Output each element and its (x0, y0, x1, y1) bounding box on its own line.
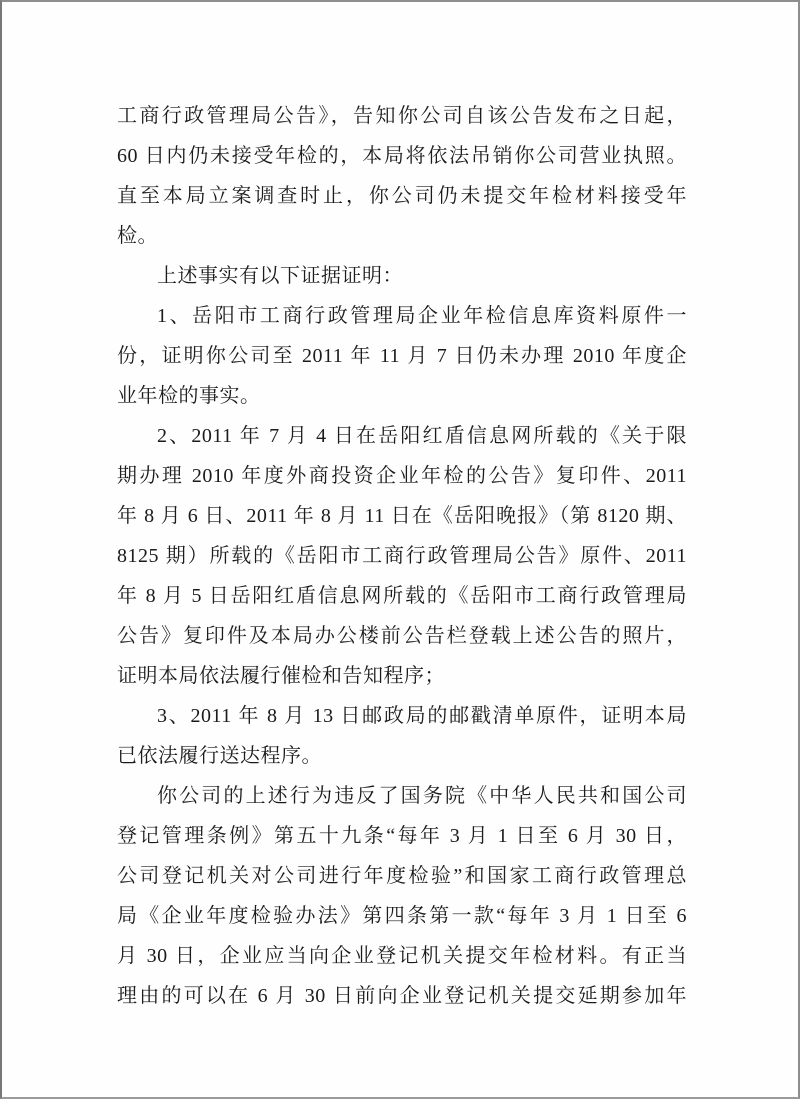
text-line: 直至本局立案调查时止，你公司仍未提交年检材料接受年 (117, 176, 687, 216)
text-line: 3、2011 年 8 月 13 日邮政局的邮戳清单原件，证明本局 (117, 696, 687, 736)
text-line: 8125 期）所载的《岳阳市工商行政管理局公告》原件、2011 (117, 536, 687, 576)
text-line: 已依法履行送达程序。 (117, 736, 687, 776)
text-line: 60 日内仍未接受年检的，本局将依法吊销你公司营业执照。 (117, 136, 687, 176)
text-line: 2、2011 年 7 月 4 日在岳阳红盾信息网所载的《关于限 (117, 416, 687, 456)
scanned-document-page: 工商行政管理局公告》，告知你公司自该公告发布之日起， 60 日内仍未接受年检的，… (0, 0, 800, 1099)
text-line: 年 8 月 5 日岳阳红盾信息网所载的《岳阳市工商行政管理局 (117, 576, 687, 616)
text-line: 登记管理条例》第五十九条“每年 3 月 1 日至 6 月 30 日， (117, 816, 687, 856)
text-line: 月 30 日，企业应当向企业登记机关提交年检材料。有正当 (117, 936, 687, 976)
text-line: 期办理 2010 年度外商投资企业年检的公告》复印件、2011 (117, 456, 687, 496)
text-line: 你公司的上述行为违反了国务院《中华人民共和国公司 (117, 776, 687, 816)
text-line: 公司登记机关对公司进行年度检验”和国家工商行政管理总 (117, 856, 687, 896)
text-line: 1、岳阳市工商行政管理局企业年检信息库资料原件一 (117, 296, 687, 336)
text-line: 上述事实有以下证据证明： (117, 256, 687, 296)
text-line: 检。 (117, 216, 687, 256)
text-line: 公告》复印件及本局办公楼前公告栏登载上述公告的照片， (117, 616, 687, 656)
document-body: 工商行政管理局公告》，告知你公司自该公告发布之日起， 60 日内仍未接受年检的，… (117, 96, 687, 1016)
text-line: 理由的可以在 6 月 30 日前向企业登记机关提交延期参加年 (117, 976, 687, 1016)
text-line: 年 8 月 6 日、2011 年 8 月 11 日在《岳阳晚报》（第 8120 … (117, 496, 687, 536)
text-line: 证明本局依法履行催检和告知程序； (117, 656, 687, 696)
text-line: 局《企业年度检验办法》第四条第一款“每年 3 月 1 日至 6 (117, 896, 687, 936)
text-line: 业年检的事实。 (117, 376, 687, 416)
text-line: 份，证明你公司至 2011 年 11 月 7 日仍未办理 2010 年度企 (117, 336, 687, 376)
text-line: 工商行政管理局公告》，告知你公司自该公告发布之日起， (117, 96, 687, 136)
